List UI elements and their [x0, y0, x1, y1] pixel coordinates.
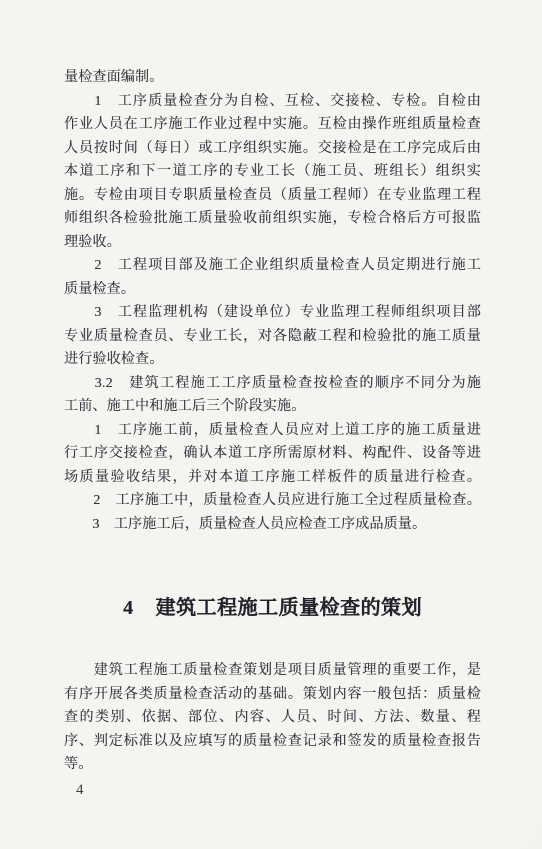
- text-line: 建筑工程施工质量检查策划是项目质量管理的重要工作，是: [64, 659, 481, 683]
- text-line: 等。: [64, 753, 481, 777]
- section-heading: 4建筑工程施工质量检查的策划: [64, 593, 481, 623]
- text-line: 场质量验收结果，并对本道工序施工样板件的质量进行检查。: [64, 466, 481, 490]
- page-number: 4: [76, 781, 481, 799]
- text-line: 本道工序和下一道工序的专业工长（施工员、班组长）组织实: [64, 160, 481, 184]
- text-line: 施。专检由项目专职质量检查员（质量工程师）在专业监理工程: [64, 184, 481, 208]
- text-line: 工前、施工中和施工后三个阶段实施。: [64, 395, 481, 419]
- text-line: 量检查面编制。: [64, 66, 481, 90]
- text-line: 行工序交接检查，确认本道工序所需原材料、构配件、设备等进: [64, 442, 481, 466]
- text-line: 作业人员在工序施工作业过程中实施。互检由操作班组质量检查: [64, 113, 481, 137]
- text-line: 师组织各检验批施工质量验收前组织实施，专检合格后方可报监: [64, 207, 481, 231]
- scanned-page: 量检查面编制。 1 工序质量检查分为自检、互检、交接检、专检。自检由作业人员在工…: [0, 0, 542, 849]
- text-line: 2 工程项目部及施工企业组织质量检查人员定期进行施工: [64, 254, 481, 278]
- text-line: 人员按时间（每日）或工序组织实施。交接检是在工序完成后由: [64, 137, 481, 161]
- text-line: 序、判定标准以及应填写的质量检查记录和签发的质量检查报告: [64, 730, 481, 754]
- text-line: 3 工程监理机构（建设单位）专业监理工程师组织项目部: [64, 301, 481, 325]
- body-text-top: 量检查面编制。 1 工序质量检查分为自检、互检、交接检、专检。自检由作业人员在工…: [64, 66, 481, 536]
- text-line: 专业质量检查员、专业工长，对各隐蔽工程和检验批的施工质量: [64, 325, 481, 349]
- section-heading-title: 建筑工程施工质量检查的策划: [156, 597, 423, 619]
- text-line: 质量检查。: [64, 278, 481, 302]
- text-line: 进行验收检查。: [64, 348, 481, 372]
- text-line: 有序开展各类质量检查活动的基础。策划内容一般包括：质量检: [64, 683, 481, 707]
- text-line: 1 工序质量检查分为自检、互检、交接检、专检。自检由: [64, 90, 481, 114]
- body-text-bottom: 建筑工程施工质量检查策划是项目质量管理的重要工作，是有序开展各类质量检查活动的基…: [64, 659, 481, 777]
- text-line: 3 工序施工后，质量检查人员应检查工序成品质量。: [64, 513, 481, 537]
- text-line: 查的类别、依据、部位、内容、人员、时间、方法、数量、程: [64, 706, 481, 730]
- page-content: 量检查面编制。 1 工序质量检查分为自检、互检、交接检、专检。自检由作业人员在工…: [64, 66, 481, 799]
- text-line: 1 工序施工前，质量检查人员应对上道工序的施工质量进: [64, 419, 481, 443]
- text-line: 3.2 建筑工程施工工序质量检查按检查的顺序不同分为施: [64, 372, 481, 396]
- text-line: 理验收。: [64, 231, 481, 255]
- section-heading-number: 4: [123, 597, 134, 619]
- text-line: 2 工序施工中，质量检查人员应进行施工全过程质量检查。: [64, 489, 481, 513]
